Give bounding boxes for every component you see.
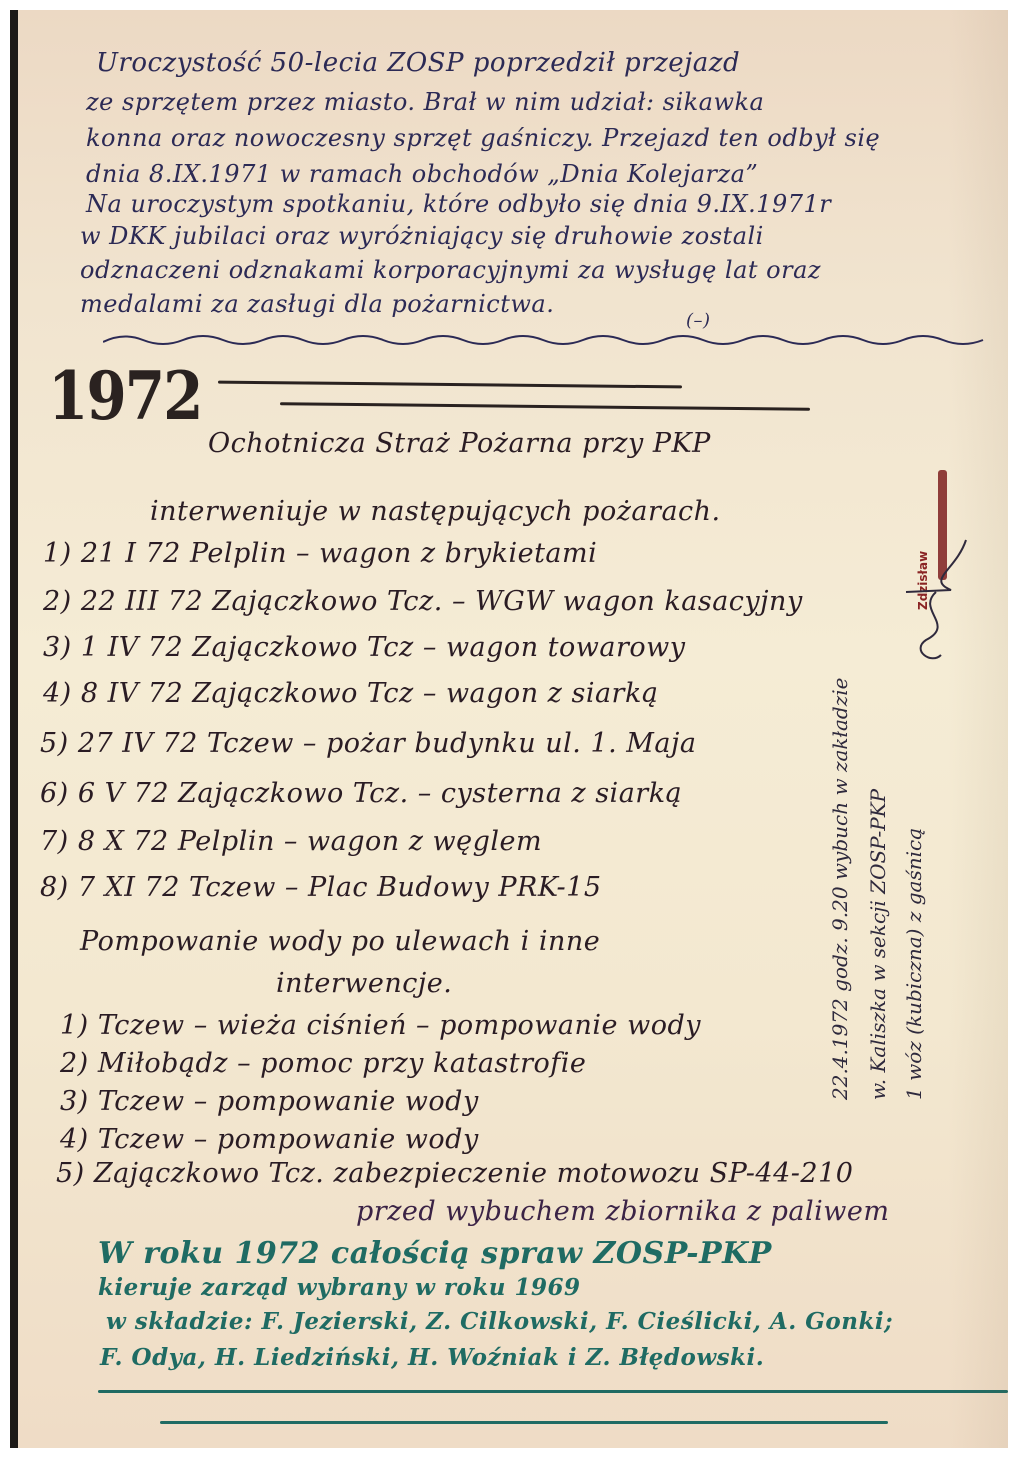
pumping-item-number: 3)	[60, 1086, 89, 1117]
intro-line-2: ze sprzętem przez miasto. Brał w nim udz…	[86, 88, 764, 116]
notebook-page: Uroczystość 50-lecia ZOSP poprzedził prz…	[10, 10, 1008, 1448]
fire-item-number: 7)	[40, 826, 69, 857]
pumping-item-1: 1) Tczew – wieża ciśnień – pompowanie wo…	[60, 1010, 701, 1041]
summary-line-3: w składzie: F. Jezierski, Z. Cilkowski, …	[106, 1308, 893, 1335]
pumping-item-text: Tczew – wieża ciśnień – pompowanie wody	[98, 1010, 701, 1041]
pumping-item-text: Miłobądz – pomoc przy katastrofie	[98, 1048, 587, 1079]
fire-item-date: 27 IV 72	[78, 728, 198, 759]
fire-item-text: Zajączkowo Tcz. – WGW wagon kasacyjny	[212, 586, 802, 617]
heading-rule-lower	[280, 402, 810, 411]
intro-line-1: Uroczystość 50-lecia ZOSP poprzedził prz…	[96, 48, 740, 78]
summary-line-1: W roku 1972 całością spraw ZOSP-PKP	[98, 1236, 772, 1271]
pumping-item-text: Zajączkowo Tcz. zabezpieczenie motowozu …	[94, 1158, 854, 1189]
fire-item-number: 5)	[40, 728, 69, 759]
pumping-item-number: 1)	[60, 1010, 89, 1041]
fire-item-date: 1 IV 72	[81, 632, 183, 663]
pumping-item-number: 4)	[60, 1124, 89, 1155]
fire-item-7: 7) 8 X 72 Pelplin – wagon z węglem	[40, 826, 542, 857]
pumping-item-number: 5)	[56, 1158, 85, 1189]
pumping-item-text: Tczew – pompowanie wody	[98, 1086, 479, 1117]
fire-item-5: 5) 27 IV 72 Tczew – pożar budynku ul. 1.…	[40, 728, 697, 759]
fire-item-date: 6 V 72	[78, 778, 169, 809]
pumping-item-5: 5) Zajączkowo Tcz. zabezpieczenie motowo…	[56, 1158, 853, 1189]
summary-line-2: kieruje zarząd wybrany w roku 1969	[98, 1274, 581, 1301]
fires-title-line-1: Ochotnicza Straż Pożarna przy PKP	[208, 428, 711, 459]
fire-item-1: 1) 21 I 72 Pelplin – wagon z brykietami	[43, 538, 597, 569]
intro-line-4: dnia 8.IX.1971 w ramach obchodów „Dnia K…	[86, 160, 758, 188]
fire-item-text: Zajączkowo Tcz – wagon z siarką	[192, 678, 658, 709]
fire-item-date: 8 IV 72	[81, 678, 183, 709]
intro-line-7: odznaczeni odznakami korporacyjnymi za w…	[80, 256, 821, 284]
pumping-item-number: 2)	[60, 1048, 89, 1079]
summary-line-4: F. Odya, H. Liedziński, H. Woźniak i Z. …	[100, 1344, 764, 1371]
fire-item-number: 1)	[43, 538, 72, 569]
fires-title-line-2: interweniuje w następujących pożarach.	[150, 496, 721, 527]
intro-line-5: Na uroczystym spotkaniu, które odbyło si…	[86, 190, 831, 218]
pumping-item-5-continuation: przed wybuchem zbiornika z paliwem	[356, 1196, 890, 1227]
pumping-item-2: 2) Miłobądz – pomoc przy katastrofie	[60, 1048, 586, 1079]
margin-note-line-3: 1 wóz (kubiczna) z gaśnicą	[902, 828, 926, 1100]
fire-item-date: 22 III 72	[81, 586, 203, 617]
fire-item-number: 4)	[43, 678, 72, 709]
intro-line-3: konna oraz nowoczesny sprzęt gaśniczy. P…	[86, 124, 880, 152]
closing-rule-upper	[98, 1390, 1008, 1393]
wavy-divider	[103, 328, 1003, 350]
pumping-item-3: 3) Tczew – pompowanie wody	[60, 1086, 479, 1117]
fire-item-number: 8)	[40, 872, 69, 903]
closing-rule-lower	[160, 1421, 888, 1424]
fire-item-6: 6) 6 V 72 Zajączkowo Tcz. – cysterna z s…	[40, 778, 682, 809]
fire-item-text: Pelplin – wagon z brykietami	[190, 538, 597, 569]
fire-item-number: 6)	[40, 778, 69, 809]
fire-item-2: 2) 22 III 72 Zajączkowo Tcz. – WGW wagon…	[43, 586, 803, 617]
fire-item-8: 8) 7 XI 72 Tczew – Plac Budowy PRK-15	[40, 872, 602, 903]
fire-item-date: 7 XI 72	[78, 872, 180, 903]
fire-item-text: Zajączkowo Tcz – wagon towarowy	[192, 632, 685, 663]
year-heading: 1972	[48, 357, 201, 435]
fire-item-text: Tczew – pożar budynku ul. 1. Maja	[207, 728, 697, 759]
fire-item-text: Pelplin – wagon z węglem	[178, 826, 542, 857]
pumping-title-line-2: interwencje.	[276, 968, 452, 999]
signature-icon	[896, 530, 976, 670]
margin-note-line-2: w. Kaliszka w sekcji ZOSP-PKP	[866, 789, 890, 1100]
fire-item-4: 4) 8 IV 72 Zajączkowo Tcz – wagon z siar…	[43, 678, 658, 709]
pumping-title-line-1: Pompowanie wody po ulewach i inne	[80, 926, 600, 957]
fire-item-number: 3)	[43, 632, 72, 663]
fire-item-3: 3) 1 IV 72 Zajączkowo Tcz – wagon towaro…	[43, 632, 686, 663]
fire-item-date: 8 X 72	[78, 826, 169, 857]
heading-rule-upper	[218, 381, 682, 389]
fire-item-number: 2)	[43, 586, 72, 617]
fire-item-text: Zajączkowo Tcz. – cysterna z siarką	[178, 778, 682, 809]
intro-line-6: w DKK jubilaci oraz wyróżniający się dru…	[80, 222, 764, 250]
intro-line-8: medalami za zasługi dla pożarnictwa.	[80, 290, 554, 318]
fire-item-date: 21 I 72	[81, 538, 181, 569]
fire-item-text: Tczew – Plac Budowy PRK-15	[189, 872, 602, 903]
pumping-item-text: Tczew – pompowanie wody	[98, 1124, 479, 1155]
pumping-item-4: 4) Tczew – pompowanie wody	[60, 1124, 479, 1155]
margin-note-line-1: 22.4.1972 godz. 9.20 wybuch w zakładzie	[828, 677, 852, 1100]
